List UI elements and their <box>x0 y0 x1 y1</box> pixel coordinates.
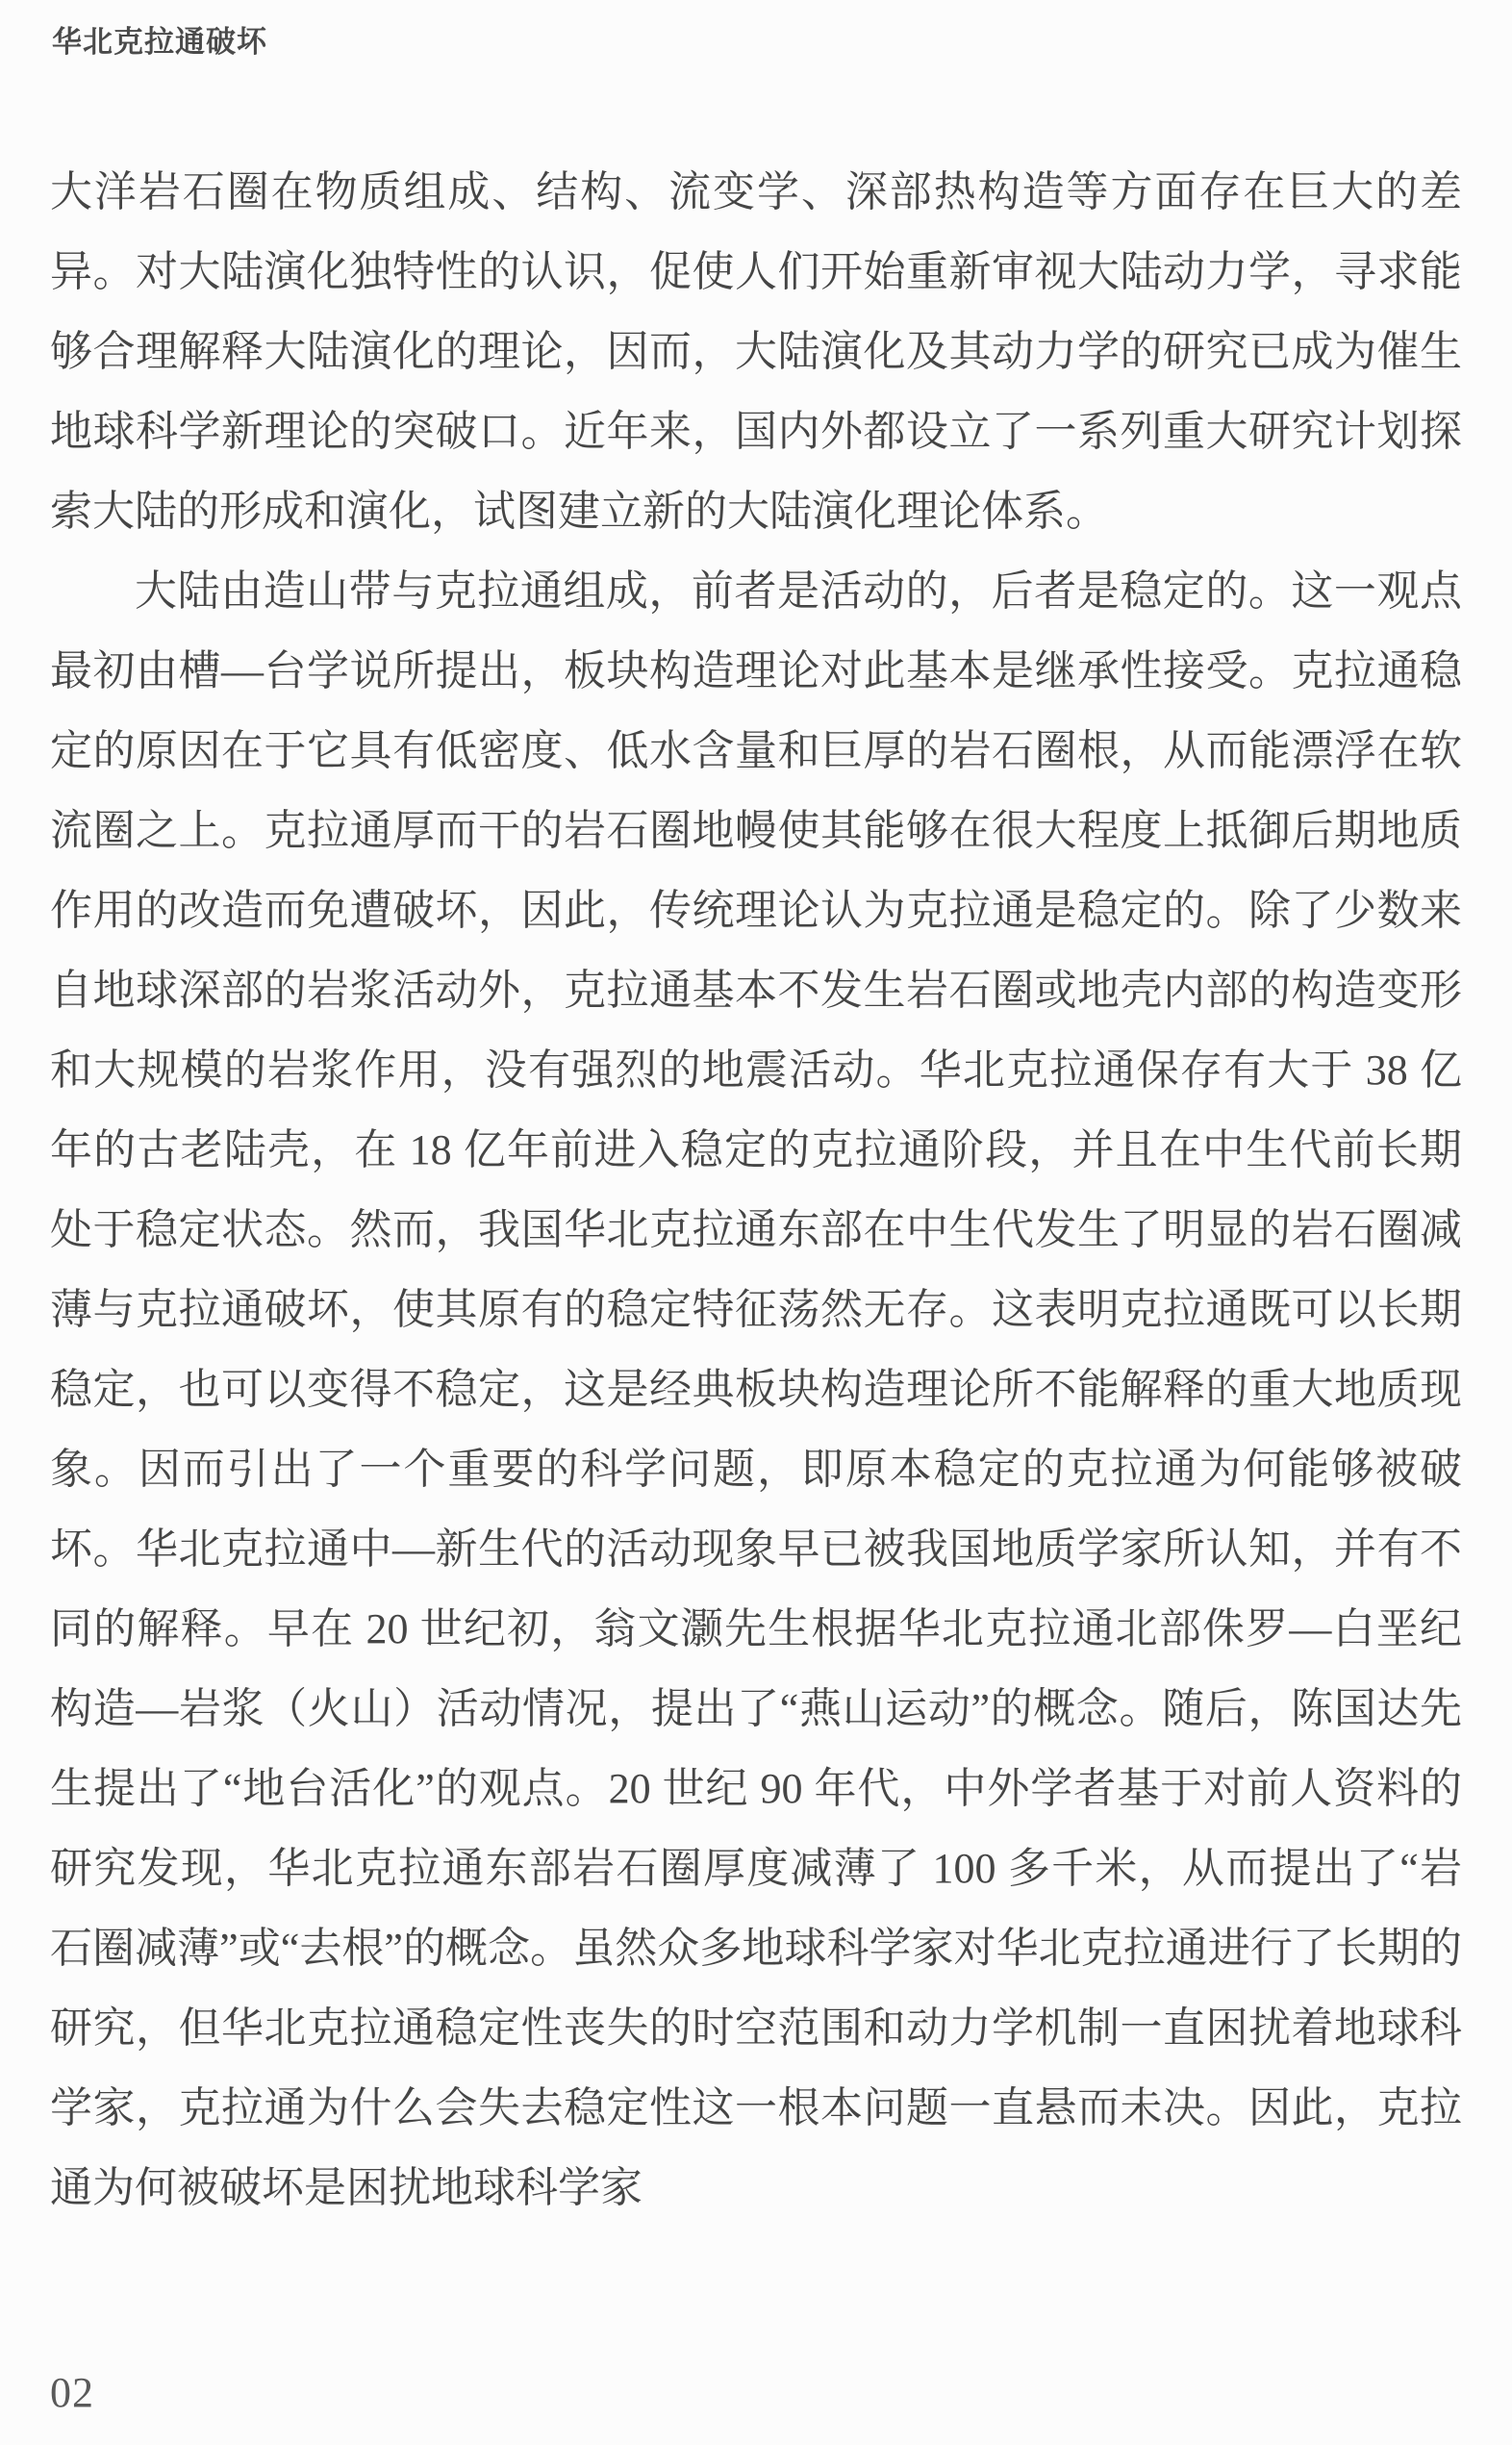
paragraph-main: 大陆由造山带与克拉通组成，前者是活动的，后者是稳定的。这一观点最初由槽—台学说所… <box>50 551 1462 2228</box>
page-number: 02 <box>50 2368 94 2417</box>
book-page: 华北克拉通破坏 大洋岩石圈在物质组成、结构、流变学、深部热构造等方面存在巨大的差… <box>0 0 1512 2445</box>
running-header: 华北克拉通破坏 <box>52 17 267 61</box>
body-text: 大洋岩石圈在物质组成、结构、流变学、深部热构造等方面存在巨大的差异。对大陆演化独… <box>50 152 1462 2228</box>
paragraph-continuation: 大洋岩石圈在物质组成、结构、流变学、深部热构造等方面存在巨大的差异。对大陆演化独… <box>50 152 1462 551</box>
